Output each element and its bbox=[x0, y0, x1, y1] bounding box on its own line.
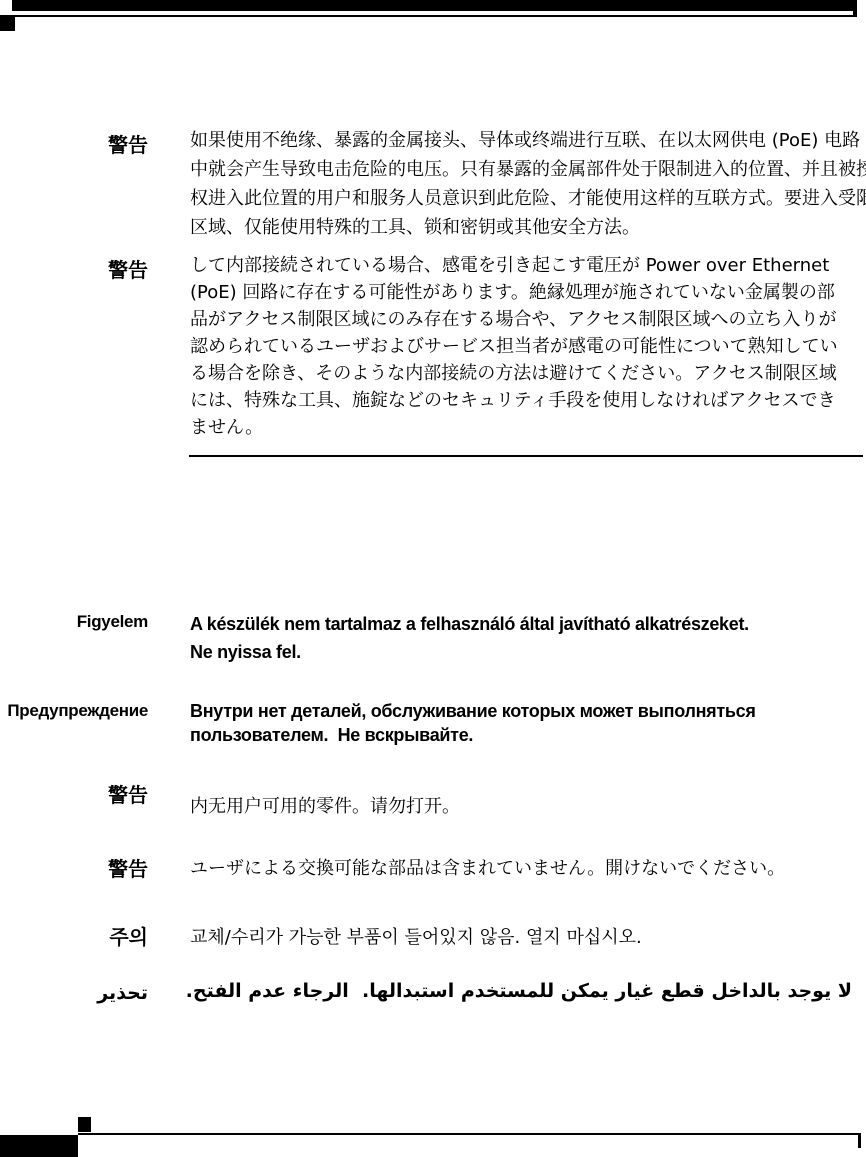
header-top-bar bbox=[12, 0, 853, 11]
warning-label: Figyelem bbox=[0, 612, 148, 632]
warning-line: Внутри нет деталей, обслуживание которых… bbox=[190, 699, 756, 723]
warning-line: (PoE) 回路に存在する可能性があります。絶縁処理が施されていない金属製の部 bbox=[190, 279, 838, 306]
warning-line: 品がアクセス制限区域にのみ存在する場合や、アクセス制限区域への立ち入りが bbox=[190, 306, 838, 333]
warning-body: لا يوجد بالداخل قطع غيار يمكن للمستخدم ا… bbox=[190, 980, 852, 1002]
warning-body: A készülék nem tartalmaz a felhasználó á… bbox=[190, 610, 749, 666]
footer-page-block bbox=[0, 1135, 78, 1157]
warning-line: ません。 bbox=[190, 414, 838, 441]
warning-line: る場合を除き、そのような内部接続の方法は避けてください。アクセス制限区域 bbox=[190, 360, 838, 387]
warning-line: 교체/수리가 가능한 부품이 들어있지 않음. 열지 마십시오. bbox=[190, 923, 642, 949]
warning-body: 内无用户可用的零件。请勿打开。 bbox=[190, 792, 460, 818]
warning-label: Предупреждение bbox=[0, 701, 148, 721]
warning-label: 警告 bbox=[0, 853, 148, 882]
warning-line: 内无用户可用的零件。请勿打开。 bbox=[190, 792, 460, 818]
warning-line: 如果使用不绝缘、暴露的金属接头、导体或终端进行互联、在以太网供电 (PoE) 电… bbox=[190, 126, 866, 155]
warning-body: 如果使用不绝缘、暴露的金属接头、导体或终端进行互联、在以太网供电 (PoE) 电… bbox=[190, 126, 866, 242]
warning-line: A készülék nem tartalmaz a felhasználó á… bbox=[190, 610, 749, 638]
warning-line: ユーザによる交換可能な部品は含まれていません。開けないでください。 bbox=[190, 854, 785, 880]
document-page: 警告 如果使用不绝缘、暴露的金属接头、导体或终端进行互联、在以太网供电 (PoE… bbox=[0, 0, 866, 1157]
warning-label: تحذير bbox=[0, 982, 148, 1004]
warning-body: 교체/수리가 가능한 부품이 들어있지 않음. 열지 마십시오. bbox=[190, 923, 642, 949]
section-divider bbox=[189, 455, 863, 457]
warning-label: 警告 bbox=[0, 779, 148, 808]
footer-rule bbox=[78, 1133, 861, 1135]
warning-line: して内部接続されている場合、感電を引き起こす電圧が Power over Eth… bbox=[190, 252, 838, 279]
header-rule bbox=[0, 15, 857, 17]
warning-body: Внутри нет деталей, обслуживание которых… bbox=[190, 699, 756, 747]
header-edge-tab bbox=[0, 17, 15, 31]
footer-right-tick bbox=[858, 1135, 861, 1148]
footer-edge-tab bbox=[78, 1117, 91, 1132]
warning-line: 区域、仅能使用特殊的工具、锁和密钥或其他安全方法。 bbox=[190, 213, 866, 242]
warning-line: пользователем. Не вскрывайте. bbox=[190, 723, 756, 747]
warning-label: 警告 bbox=[0, 254, 148, 283]
warning-line: Ne nyissa fel. bbox=[190, 638, 749, 666]
warning-line: には、特殊な工具、施錠などのセキュリティ手段を使用しなければアクセスでき bbox=[190, 387, 838, 414]
warning-line: 权进入此位置的用户和服务人员意识到此危险、才能使用这样的互联方式。要进入受限 bbox=[190, 184, 866, 213]
warning-label: 주의 bbox=[0, 921, 148, 950]
warning-body: して内部接続されている場合、感電を引き起こす電圧が Power over Eth… bbox=[190, 252, 838, 441]
warning-line: لا يوجد بالداخل قطع غيار يمكن للمستخدم ا… bbox=[190, 980, 852, 1002]
warning-label: 警告 bbox=[0, 129, 148, 158]
warning-line: 中就会产生导致电击危险的电压。只有暴露的金属部件处于限制进入的位置、并且被授 bbox=[190, 155, 866, 184]
warning-body: ユーザによる交換可能な部品は含まれていません。開けないでください。 bbox=[190, 854, 785, 880]
warning-line: 認められているユーザおよびサービス担当者が感電の可能性について熟知してい bbox=[190, 333, 838, 360]
